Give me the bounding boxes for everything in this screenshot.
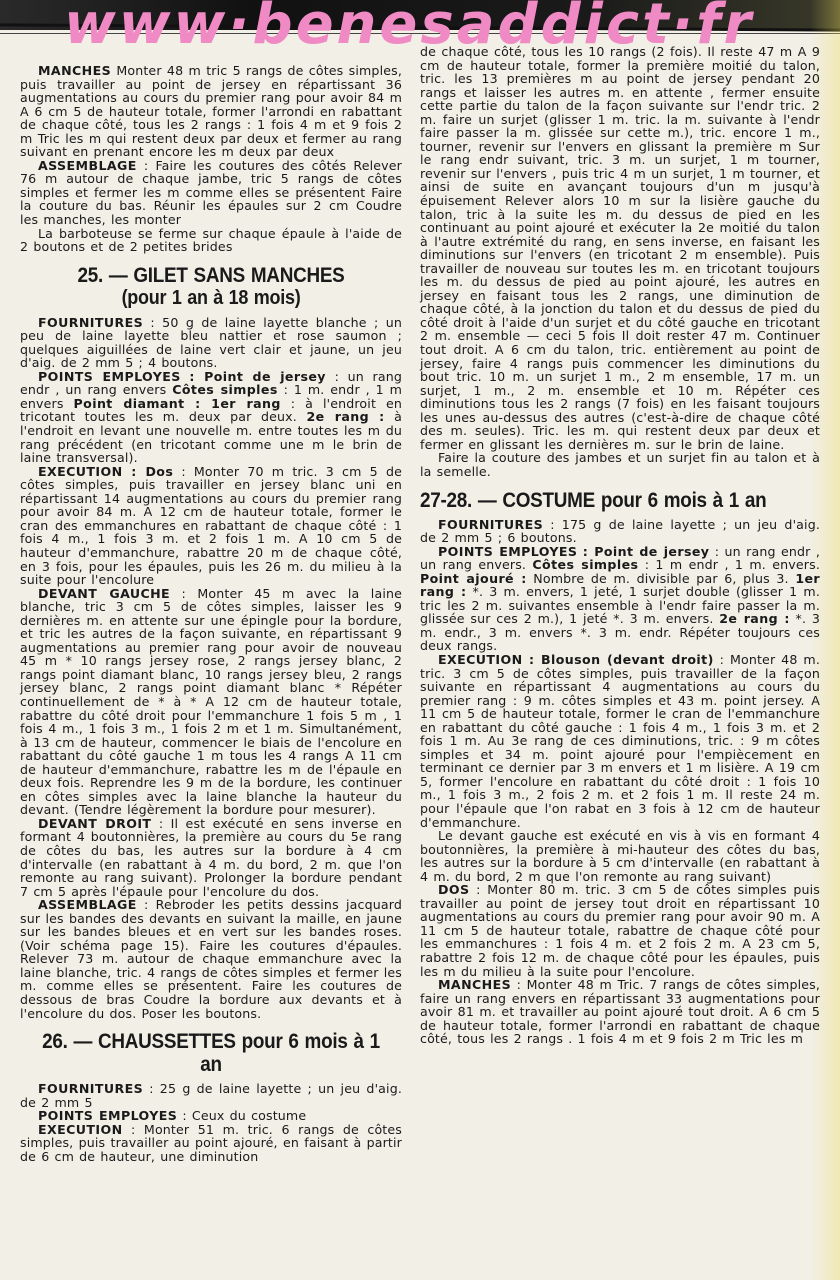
assemblage-paragraph: ASSEMBLAGE : Faire les coutures des côté… bbox=[20, 159, 402, 227]
s25-devant-droit: DEVANT DROIT : Il est exécuté en sens in… bbox=[20, 817, 402, 898]
s27-manches: MANCHES : Monter 48 m Tric. 7 rangs de c… bbox=[420, 978, 820, 1046]
s26-fournitures: FOURNITURES : 25 g de laine layette ; un… bbox=[20, 1082, 402, 1109]
s27-execution: EXECUTION : Blouson (devant droit) : Mon… bbox=[420, 653, 820, 829]
s26-points: POINTS EMPLOYES : Ceux du costume bbox=[20, 1109, 402, 1123]
s25-devant-gauche: DEVANT GAUCHE : Monter 45 m avec la lain… bbox=[20, 587, 402, 817]
chaussettes-finish: Faire la couture des jambes et un surjet… bbox=[420, 451, 820, 478]
left-column: MANCHES Monter 48 m tric 5 rangs de côte… bbox=[20, 64, 402, 1163]
s27-devant-gauche: Le devant gauche est exécuté en vis à vi… bbox=[420, 829, 820, 883]
section-25-title: 25. — GILET SANS MANCHES bbox=[39, 264, 383, 287]
s27-dos: DOS : Monter 80 m. tric. 3 cm 5 de côtes… bbox=[420, 883, 820, 978]
section-27-title: 27-28. — COSTUME pour 6 mois à 1 an bbox=[420, 489, 780, 512]
right-column: de chaque côté, tous les 10 rangs (2 foi… bbox=[420, 45, 820, 1046]
manches-paragraph: MANCHES Monter 48 m tric 5 rangs de côte… bbox=[20, 64, 402, 159]
s27-fournitures: FOURNITURES : 175 g de laine layette ; u… bbox=[420, 518, 820, 545]
barboteuse-paragraph: La barboteuse se ferme sur chaque épaule… bbox=[20, 227, 402, 254]
s25-fournitures: FOURNITURES : 50 g de laine layette blan… bbox=[20, 316, 402, 370]
section-25-subtitle: (pour 1 an à 18 mois) bbox=[39, 287, 383, 310]
s26-execution: EXECUTION : Monter 51 m. tric. 6 rangs d… bbox=[20, 1123, 402, 1164]
s25-assemblage: ASSEMBLAGE : Rebroder les petits dessins… bbox=[20, 898, 402, 1020]
watermark: www·benesaddict·fr bbox=[64, 0, 754, 57]
s25-execution: EXECUTION : Dos : Monter 70 m tric. 3 cm… bbox=[20, 465, 402, 587]
chaussettes-continued: de chaque côté, tous les 10 rangs (2 foi… bbox=[420, 45, 820, 451]
s27-points: POINTS EMPLOYES : Point de jersey : un r… bbox=[420, 545, 820, 653]
s25-points: POINTS EMPLOYES : Point de jersey : un r… bbox=[20, 370, 402, 465]
section-26-title: 26. — CHAUSSETTES pour 6 mois à 1 an bbox=[39, 1030, 383, 1076]
